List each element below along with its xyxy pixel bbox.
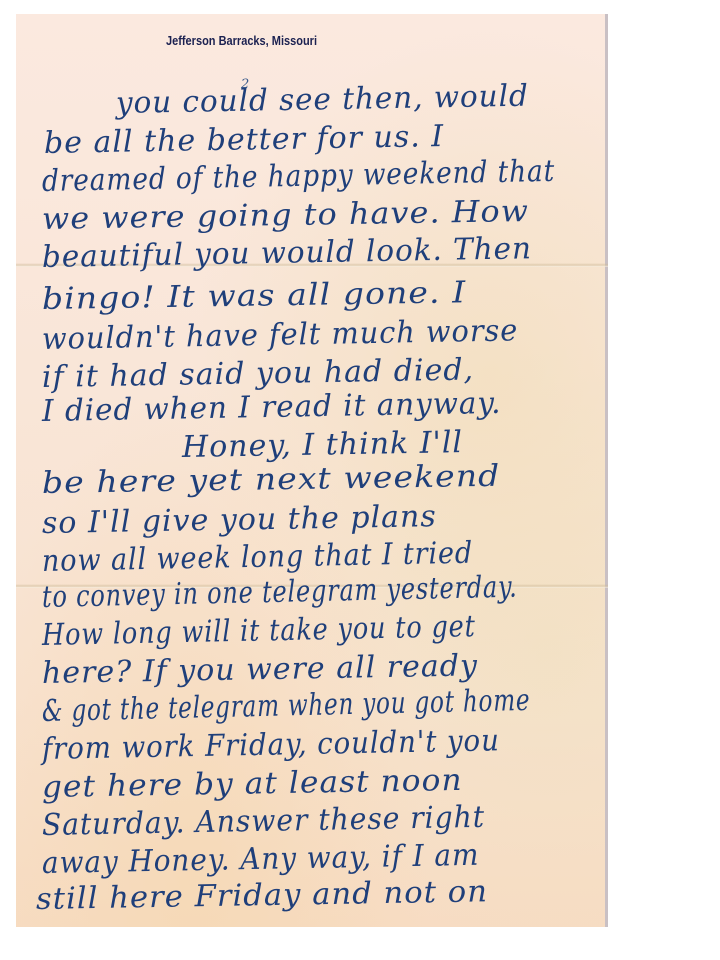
handwritten-line: & got the telegram when you got home — [42, 683, 531, 729]
handwritten-line: Saturday. Answer these right — [42, 800, 486, 843]
handwritten-line: bingo! It was all gone. I — [42, 275, 467, 317]
handwritten-line: dreamed of the happy weekend that — [42, 154, 556, 199]
letter-page: Jefferson Barracks, Missouri 2 you could… — [16, 14, 608, 927]
handwritten-line: be here yet next weekend — [42, 459, 501, 501]
handwritten-line: we were going to have. How — [42, 194, 530, 237]
handwritten-line: so I'll give you the plans — [42, 499, 437, 541]
handwritten-line: get here by at least noon — [42, 763, 463, 805]
handwritten-line: you could see then, would — [116, 79, 529, 121]
letterhead: Jefferson Barracks, Missouri — [166, 34, 317, 48]
handwritten-line: wouldn't have felt much worse — [42, 313, 519, 357]
handwritten-line: be all the better for us. I — [44, 119, 445, 161]
handwritten-line: How long will it take you to get — [42, 609, 476, 653]
handwritten-line: I died when I read it anyway. — [42, 386, 502, 429]
handwritten-line: still here Friday and not on — [36, 874, 489, 917]
handwritten-line: beautiful you would look. Then — [42, 231, 533, 275]
handwritten-line: from work Friday, couldn't you — [42, 723, 500, 767]
